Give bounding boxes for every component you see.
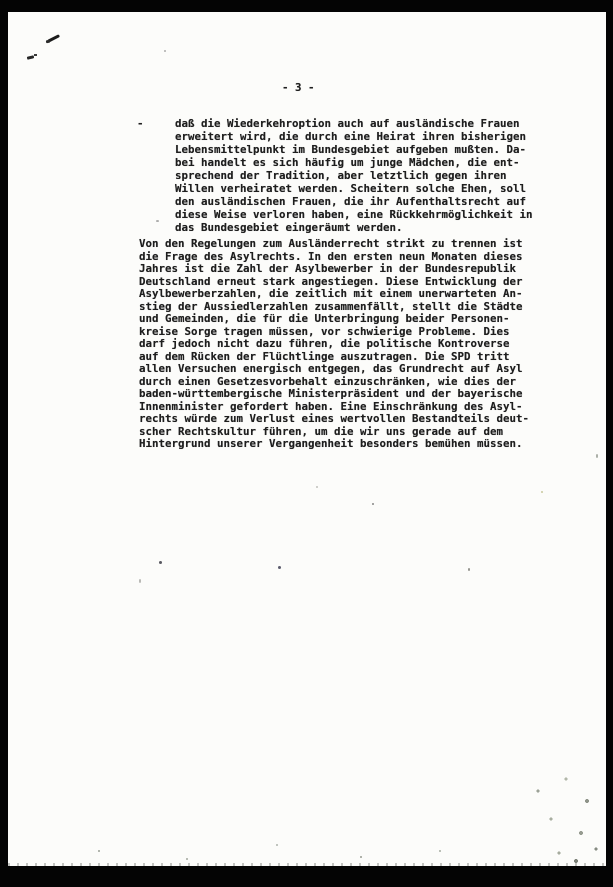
bullet-marker: -: [137, 117, 144, 130]
handwritten-mark: [34, 54, 37, 56]
scan-speck: [316, 486, 318, 488]
scan-speck: [439, 850, 441, 852]
paper-bottom-edge: [8, 863, 606, 866]
document-page: - 3 - - daß die Wiederkehroption auch au…: [8, 12, 606, 866]
scan-speck: [596, 454, 598, 458]
scan-speck: [164, 50, 166, 52]
scan-speck: [372, 503, 374, 505]
scan-speck: [156, 220, 159, 222]
scan-speck: [468, 568, 470, 571]
handwritten-tick-mark: [46, 40, 50, 44]
bullet-item-text: daß die Wiederkehroption auch auf auslän…: [175, 117, 533, 234]
body-paragraph: Von den Regelungen zum Ausländerrecht st…: [139, 238, 529, 451]
scan-speck: [139, 579, 141, 583]
scanner-background: { "document": { "page_number": "- 3 -", …: [0, 0, 613, 887]
scan-speck: [360, 856, 362, 858]
scan-speck: [541, 491, 543, 493]
scan-speck: [98, 850, 100, 852]
scan-speck: [278, 566, 281, 569]
page-number: - 3 -: [282, 81, 315, 94]
scan-speck: [186, 858, 188, 860]
scan-speck: [276, 844, 278, 846]
scan-noise-corner: [526, 771, 606, 866]
scan-speck: [159, 561, 162, 564]
